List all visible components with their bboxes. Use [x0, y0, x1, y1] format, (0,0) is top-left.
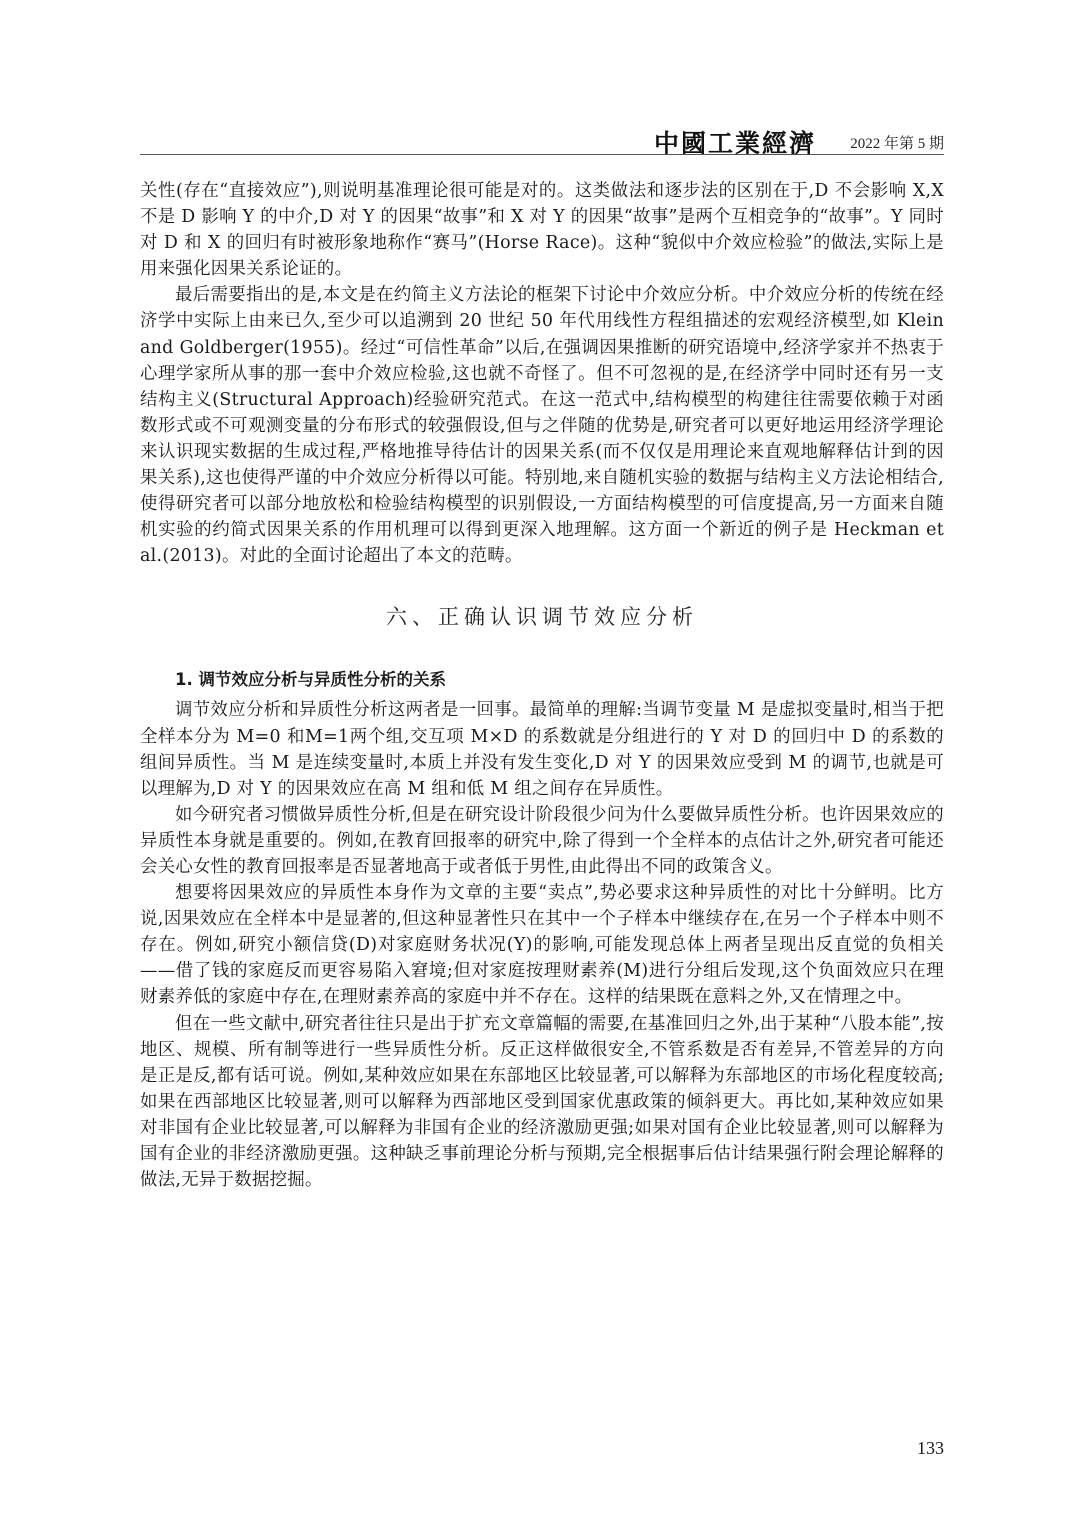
running-header: 中國工業經濟 2022 年第 5 期 [140, 124, 944, 154]
issue-label: 2022 年第 5 期 [850, 132, 944, 153]
paragraph: 但在一些文献中,研究者往往只是出于扩充文章篇幅的需要,在基准回归之外,出于某种“… [140, 1011, 944, 1194]
paragraph: 如今研究者习惯做异质性分析,但是在研究设计阶段很少问为什么要做异质性分析。也许因… [140, 802, 944, 880]
paragraph: 调节效应分析和异质性分析这两者是一回事。最简单的理解:当调节变量 M 是虚拟变量… [140, 697, 944, 801]
section-title: 六、正确认识调节效应分析 [140, 601, 944, 631]
paragraph: 想要将因果效应的异质性本身作为文章的主要“卖点”,势必要求这种异质性的对比十分鲜… [140, 880, 944, 1010]
page-number: 133 [917, 1438, 944, 1459]
paragraph: 关性(存在“直接效应”),则说明基准理论很可能是对的。这类做法和逐步法的区别在于… [140, 178, 944, 282]
page-body: 关性(存在“直接效应”),则说明基准理论很可能是对的。这类做法和逐步法的区别在于… [140, 178, 944, 1193]
paragraph: 最后需要指出的是,本文是在约简主义方法论的框架下讨论中介效应分析。中介效应分析的… [140, 282, 944, 569]
header-rule [140, 154, 944, 155]
subsection-title: 1. 调节效应分析与异质性分析的关系 [175, 667, 944, 693]
